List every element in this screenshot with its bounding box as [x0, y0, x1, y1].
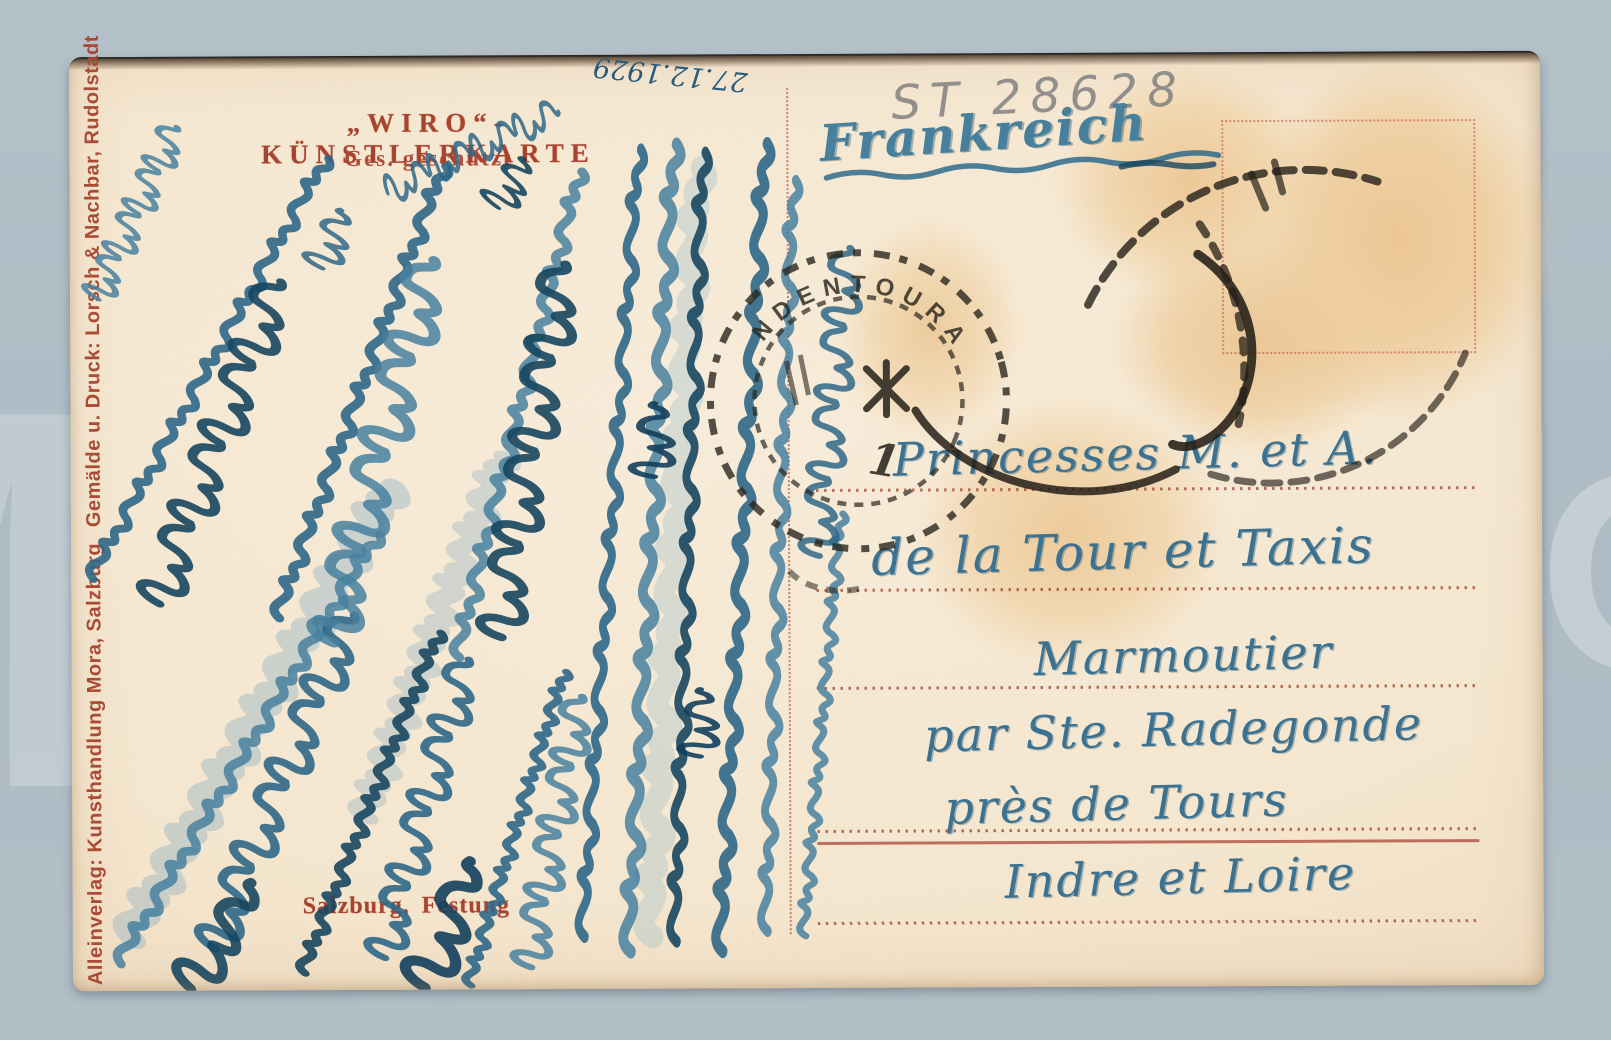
postmark-asterisk: [866, 363, 906, 415]
address-line: de la Tour et Taxis: [870, 516, 1375, 587]
spine-printer-imprint: Gemälde u. Druck: Lorsch & Nachbar, Rudo…: [81, 35, 106, 527]
address-rule-line-solid: [817, 839, 1479, 844]
address-line: Princesses M. et A.: [892, 420, 1379, 486]
postcard-back: „WIRO“-KÜNSTLERKARTE Ges. geschützt Alle…: [69, 53, 1544, 991]
handwriting-wash-strokes: [119, 167, 711, 956]
handwritten-date: 27.12.1929: [592, 51, 749, 97]
address-line: Marmoutier: [1033, 625, 1334, 687]
postmark-arc-text: NDENTOURA: [747, 270, 976, 356]
address-rule-line: [817, 684, 1479, 690]
destination-country: Frankreich: [818, 93, 1149, 173]
address-line: près de Tours: [944, 772, 1289, 835]
address-line: par Ste. Radegonde: [923, 696, 1423, 763]
address-rule-line: [818, 919, 1480, 925]
address-rule-line: [816, 486, 1478, 492]
spine-publisher-imprint: Alleinverlag: Kunsthandlung Mora, Salzbu…: [83, 543, 108, 985]
watermark-letter-right: O: [1538, 430, 1611, 715]
handwriting-strokes: [81, 97, 868, 992]
image-caption: Salzburg, Festung: [303, 892, 510, 920]
address-line: Indre et Loire: [1004, 846, 1357, 909]
stamp-placement-box: [1221, 119, 1476, 354]
copyright-note: Ges. geschützt: [197, 145, 659, 173]
stamp-residue-stain: [835, 215, 1026, 446]
message-address-divider: [786, 88, 792, 934]
address-rule-line: [816, 586, 1478, 592]
